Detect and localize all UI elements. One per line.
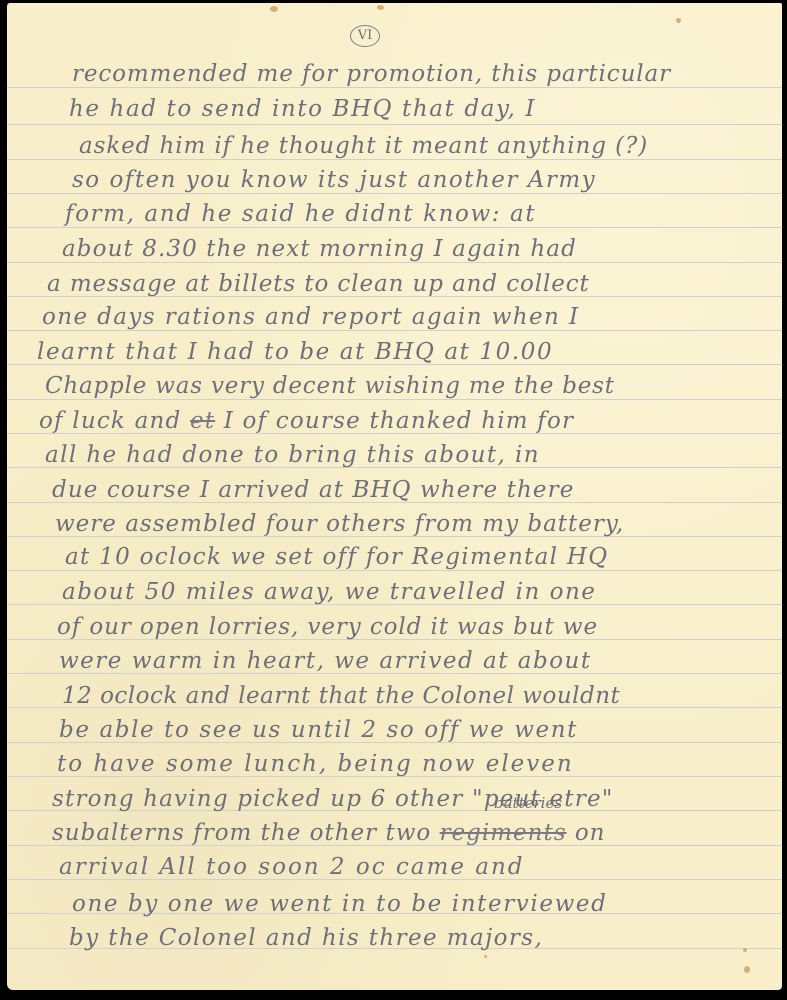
ruled-line xyxy=(7,193,782,194)
ruled-line xyxy=(7,262,782,263)
text-line: one by one we went in to be interviewed xyxy=(72,891,607,917)
text-line: about 50 miles away, we travelled in one xyxy=(62,579,596,605)
text-line: Chapple was very decent wishing me the b… xyxy=(45,373,615,399)
text-line: of luck and et I of course thanked him f… xyxy=(39,408,574,434)
ruled-line xyxy=(7,330,782,331)
struck-word: regiments xyxy=(440,820,567,846)
foxing-spot xyxy=(676,18,681,23)
inserted-word: batteries xyxy=(494,794,562,812)
text-line: learnt that I had to be at BHQ at 10.00 xyxy=(37,339,553,365)
foxing-spot xyxy=(377,5,384,10)
text-line: due course I arrived at BHQ where there xyxy=(52,477,574,503)
text-line: about 8.30 the next morning I again had xyxy=(62,236,577,262)
foxing-spot xyxy=(743,948,747,952)
ruled-line xyxy=(7,124,782,125)
foxing-spot xyxy=(270,6,278,12)
text-line: asked him if he thought it meant anythin… xyxy=(79,133,648,159)
text-line: to have some lunch, being now eleven xyxy=(57,751,574,777)
text-line: a message at billets to clean up and col… xyxy=(47,271,590,297)
text-segment: I of course thanked him for xyxy=(224,408,575,434)
text-line: were assembled four others from my batte… xyxy=(55,511,624,537)
text-line: he had to send into BHQ that day, I xyxy=(69,96,536,122)
foxing-spot xyxy=(744,966,750,973)
ruled-line xyxy=(7,399,782,400)
ruled-line xyxy=(7,159,782,160)
text-line: all he had done to bring this about, in xyxy=(45,442,540,468)
foxing-spot xyxy=(484,955,487,958)
text-line: arrival All too soon 2 oc came and xyxy=(59,854,525,880)
text-line: 12 oclock and learnt that the Colonel wo… xyxy=(62,683,620,709)
text-line: at 10 oclock we set off for Regimental H… xyxy=(65,544,608,570)
text-segment: on xyxy=(575,820,606,846)
text-line: by the Colonel and his three majors, xyxy=(69,925,543,951)
manuscript-page: VI recommended me for promotion, this pa… xyxy=(7,3,782,990)
text-line: of our open lorries, very cold it was bu… xyxy=(57,614,598,640)
text-line: were warm in heart, we arrived at about xyxy=(59,648,592,674)
text-line: so often you know its just another Army xyxy=(72,167,596,193)
ruled-line xyxy=(7,87,782,88)
text-line: recommended me for promotion, this parti… xyxy=(72,61,671,87)
page-number: VI xyxy=(350,25,380,47)
ruled-line xyxy=(7,227,782,228)
text-segment: subalterns from the other two xyxy=(52,820,431,846)
ruled-line xyxy=(7,570,782,571)
text-line: form, and he said he didnt know: at xyxy=(65,201,536,227)
struck-word: et xyxy=(190,408,215,434)
text-segment: of luck and xyxy=(39,408,181,434)
text-line: subalterns from the other two regiments … xyxy=(52,820,606,846)
text-line: be able to see us until 2 so off we went xyxy=(59,717,578,743)
text-line: one days rations and report again when I xyxy=(42,304,579,330)
